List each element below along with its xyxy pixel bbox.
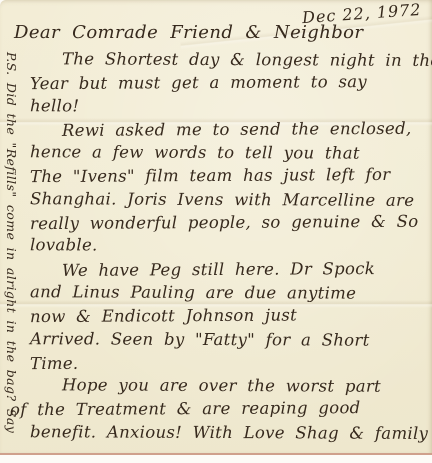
letter-line: benefit. Anxious! With Love Shag & famil… — [0, 420, 428, 445]
letter-line: hello! — [0, 94, 428, 119]
letter-line: Rewi asked me to send the enclosed, — [0, 117, 428, 143]
letter-line: Year but must get a moment to say — [0, 70, 428, 96]
letter-line: of the Treatment & are reaping good — [0, 396, 428, 422]
letter-line: lovable. — [0, 233, 428, 258]
letter-line: The Shortest day & longest night in the — [0, 47, 428, 72]
letter-body: The Shortest day & longest night in the … — [0, 48, 428, 444]
letter-line: and Linus Pauling are due anytime — [0, 280, 428, 305]
letter-paper: Dec 22, 1972 Dear Comrade Friend & Neigh… — [0, 0, 432, 455]
letter-line: Time. — [0, 350, 428, 376]
letter-salutation: Dear Comrade Friend & Neighbor — [14, 22, 363, 43]
letter-line: Shanghai. Joris Ivens with Marcelline ar… — [0, 187, 428, 212]
letter-line: Arrived. Seen by "Fatty" for a Short — [0, 327, 428, 352]
scan-background-strip — [0, 455, 432, 463]
letter-line: The "Ivens" film team has just left for — [0, 163, 428, 189]
letter-line: now & Endicott Johnson just — [0, 303, 428, 329]
margin-postscript-note: P.S. Did the "Refills" come in alright i… — [4, 52, 19, 456]
letter-line: really wonderful people, so genuine & So — [0, 210, 428, 236]
letter-line: Hope you are over the worst part — [0, 373, 428, 398]
letter-line: We have Peg still here. Dr Spock — [0, 256, 428, 282]
scanned-letter-page: Dec 22, 1972 Dear Comrade Friend & Neigh… — [0, 0, 432, 463]
letter-line: hence a few words to tell you that — [0, 140, 428, 165]
